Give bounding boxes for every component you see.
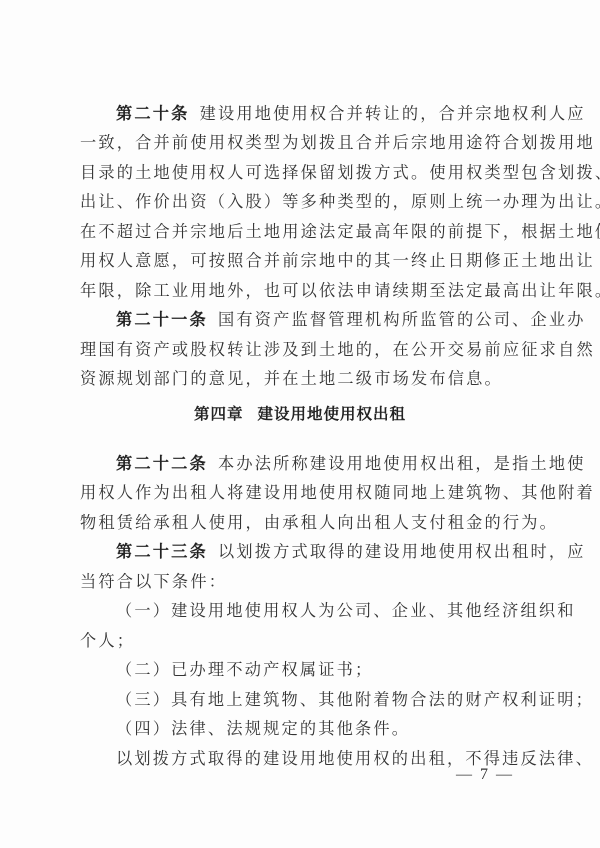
article-label: 第二十二条 — [116, 454, 208, 473]
condition-1-line-2: 个人； — [80, 626, 524, 655]
article-22-line-1: 第二十二条本办法所称建设用地使用权出租，是指土地使 — [116, 449, 524, 478]
article-23-line-2: 当符合以下条件： — [80, 567, 524, 596]
document-page: 第二十条建设用地使用权合并转让的，合并宗地权利人应 一致，合并前使用权类型为划拨… — [0, 0, 600, 848]
article-21-line-2: 理国有资产或股权转让涉及到土地的，在公开交易前应征求自然 — [80, 335, 524, 364]
article-label: 第二十条 — [116, 104, 190, 123]
chapter-title: 建设用地使用权出租 — [258, 405, 407, 423]
article-20-line-5: 在不超过合并宗地后土地用途法定最高年限的前提下，根据土地使 — [80, 217, 524, 246]
article-21-line-3: 资源规划部门的意见，并在土地二级市场发布信息。 — [80, 364, 524, 393]
condition-2: （二）已办理不动产权属证书； — [116, 655, 524, 684]
article-21-line-1: 第二十一条国有资产监督管理机构所监管的公司、企业办 — [116, 305, 524, 334]
article-22-line-2: 用权人作为出租人将建设用地使用权随同地上建筑物、其他附着 — [80, 478, 524, 507]
article-20-line-3: 目录的土地使用权人可选择保留划拨方式。使用权类型包含划拨、 — [80, 158, 524, 187]
article-label: 第二十三条 — [116, 542, 208, 561]
article-20-line-1: 第二十条建设用地使用权合并转让的，合并宗地权利人应 — [116, 99, 524, 128]
article-22-line-3: 物租赁给承租人使用，由承租人向出租人支付租金的行为。 — [80, 508, 524, 537]
article-23-line-1: 第二十三条以划拨方式取得的建设用地使用权出租时，应 — [116, 537, 524, 566]
article-20-line-4: 出让、作价出资（入股）等多种类型的，原则上统一办理为出让。 — [80, 187, 524, 216]
article-20-line-2: 一致，合并前使用权类型为划拨且合并后宗地用途符合划拨用地 — [80, 128, 524, 157]
page-number: — 7 — — [456, 766, 514, 784]
condition-3: （三）具有地上建筑物、其他附着物合法的财产权利证明； — [116, 685, 524, 714]
chapter-heading: 第四章建设用地使用权出租 — [0, 402, 600, 424]
chapter-number: 第四章 — [194, 405, 244, 423]
article-20-line-6: 用权人意愿，可按照合并前宗地中的其一终止日期修正土地出让 — [80, 246, 524, 275]
article-20-line-7: 年限，除工业用地外，也可以依法申请续期至法定最高出让年限。 — [80, 276, 524, 305]
condition-4: （四）法律、法规规定的其他条件。 — [116, 714, 524, 743]
condition-1-line-1: （一）建设用地使用权人为公司、企业、其他经济组织和 — [116, 596, 524, 625]
article-label: 第二十一条 — [116, 310, 208, 329]
